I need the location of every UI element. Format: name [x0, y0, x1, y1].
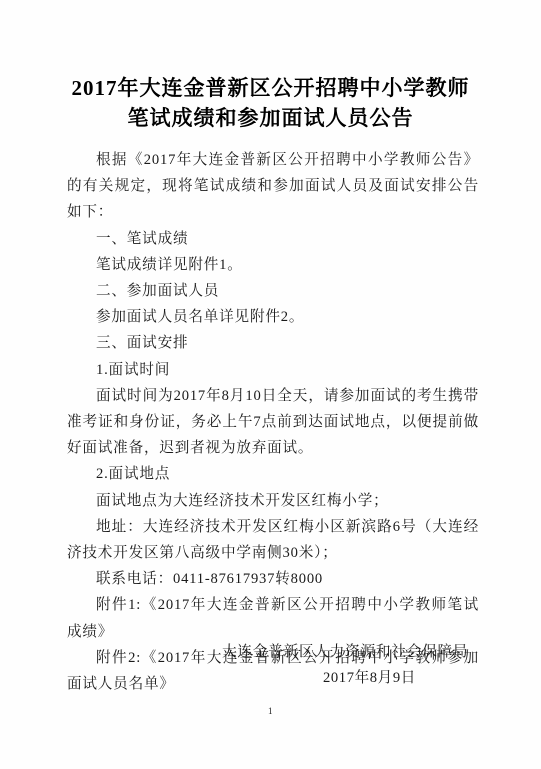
document-page: 2017年大连金普新区公开招聘中小学教师 笔试成绩和参加面试人员公告 根据《20…	[0, 0, 541, 769]
intro-paragraph: 根据《2017年大连金普新区公开招聘中小学教师公告》的有关规定，现将笔试成绩和参…	[67, 147, 479, 226]
address-text: 地址：大连经济技术开发区红梅小区新滨路6号（大连经济技术开发区第八高级中学南侧3…	[67, 514, 479, 566]
section-heading-interview-arrangement: 三、面试安排	[67, 330, 479, 356]
document-title-line-1: 2017年大连金普新区公开招聘中小学教师	[0, 72, 541, 102]
subheading-interview-time: 1.面试时间	[67, 357, 479, 383]
interview-location-text: 面试地点为大连经济技术开发区红梅小学；	[67, 488, 479, 514]
issuer-signature: 大连金普新区人力资源和社会保障局	[222, 640, 468, 661]
document-body: 根据《2017年大连金普新区公开招聘中小学教师公告》的有关规定，现将笔试成绩和参…	[67, 147, 479, 697]
issue-date: 2017年8月9日	[323, 666, 416, 687]
written-exam-text: 笔试成绩详见附件1。	[67, 252, 479, 278]
interview-time-text: 面试时间为2017年8月10日全天，请参加面试的考生携带准考证和身份证，务必上午…	[67, 383, 479, 462]
contact-phone-text: 联系电话：0411-87617937转8000	[67, 566, 479, 592]
subheading-interview-location: 2.面试地点	[67, 461, 479, 487]
interview-candidates-text: 参加面试人员名单详见附件2。	[67, 304, 479, 330]
page-number: 1	[268, 706, 273, 716]
document-title-line-2: 笔试成绩和参加面试人员公告	[0, 102, 541, 132]
attachment-1-text: 附件1:《2017年大连金普新区公开招聘中小学教师笔试成绩》	[67, 592, 479, 644]
section-heading-interview-candidates: 二、参加面试人员	[67, 278, 479, 304]
section-heading-written-exam: 一、笔试成绩	[67, 226, 479, 252]
